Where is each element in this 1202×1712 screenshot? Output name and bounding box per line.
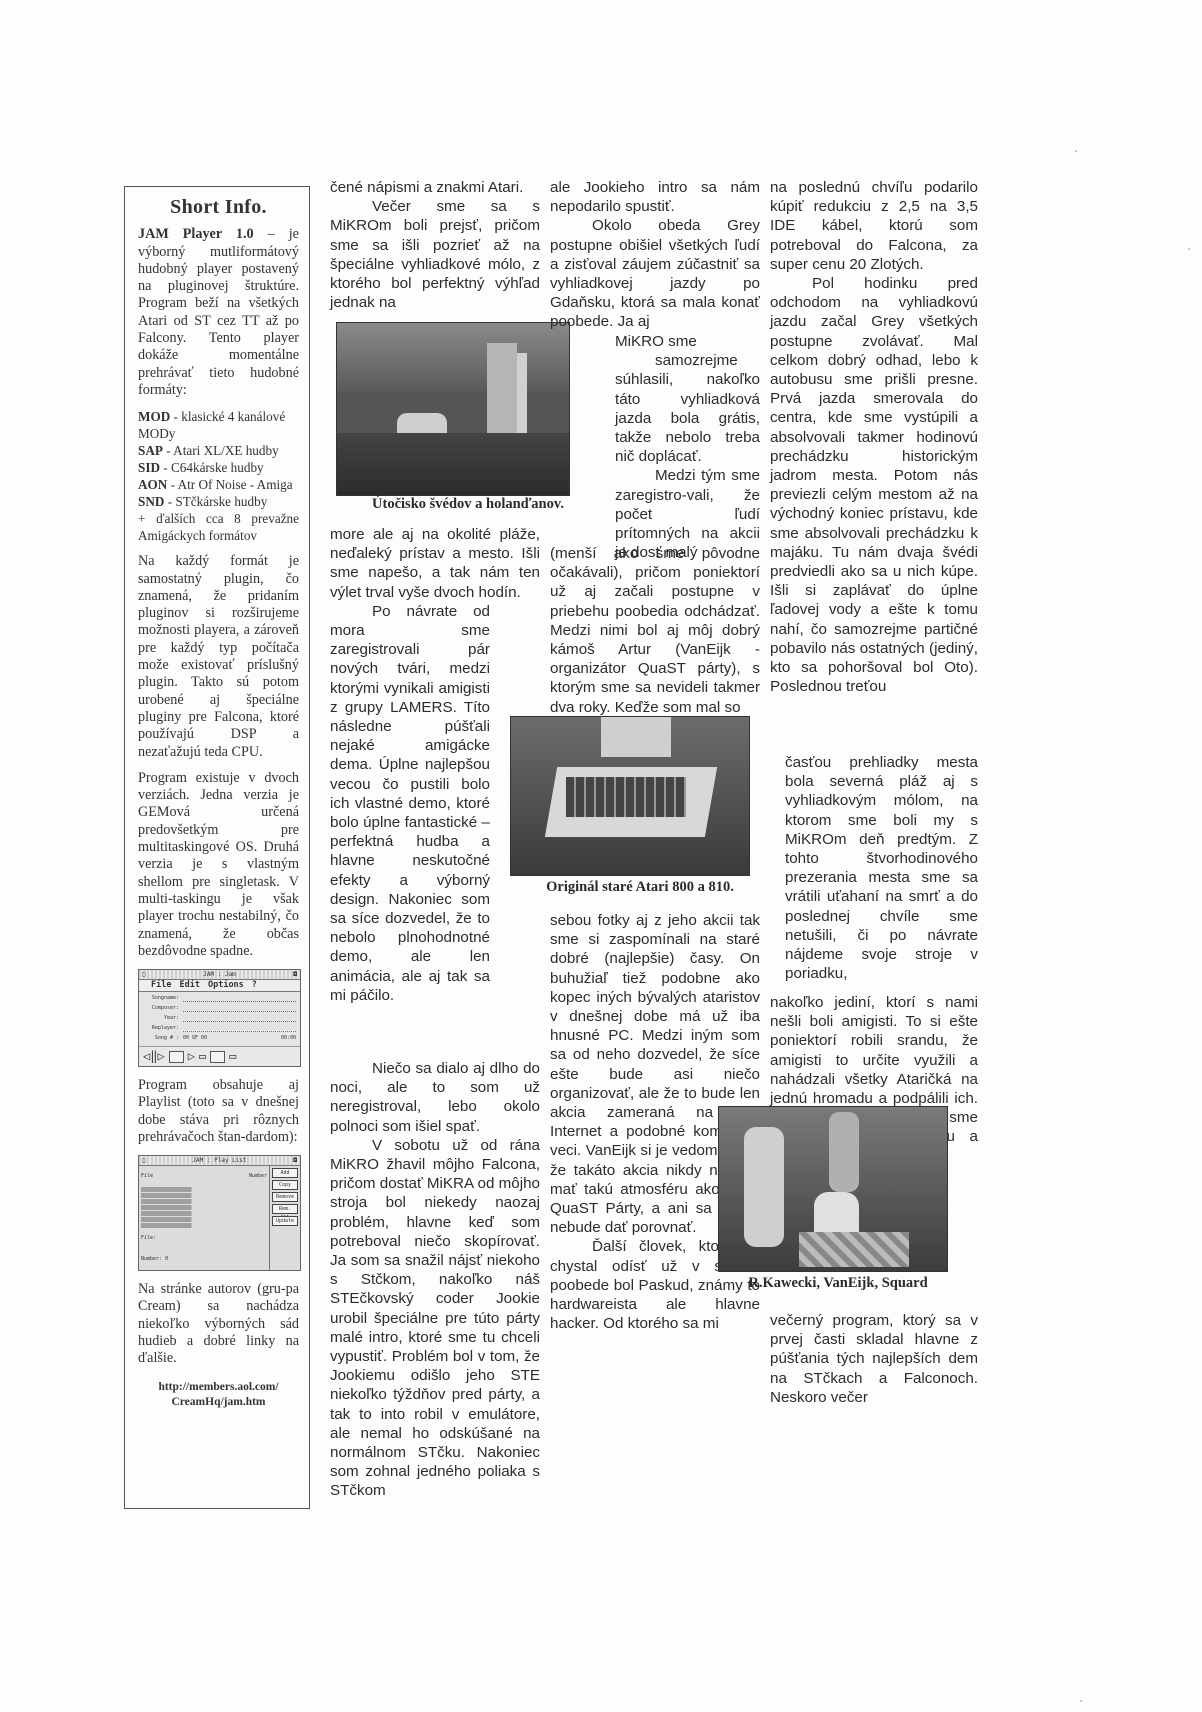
- col2-wrap-1: MiKRO sme: [615, 332, 760, 351]
- jam-fields: Songname: Composer: Year: Replayer: Song…: [139, 992, 300, 1046]
- format-item: SAP - Atari XL/XE hudby: [138, 442, 299, 459]
- remove-button-shot: Remove: [272, 1192, 298, 1202]
- col1-p3: Niečo sa dialo aj dlho do noci, ale to s…: [330, 1059, 540, 1136]
- author-url[interactable]: http://members.aol.com/ CreamHq/jam.htm: [138, 1380, 299, 1410]
- photo-swedes-dutch: [336, 322, 570, 496]
- article-column-3: na poslednú chvíľu podarilo kúpiť redukc…: [770, 178, 978, 696]
- playlist-icon: ▭: [229, 1048, 236, 1065]
- col3-p2: Pol hodinku pred odchodom na vyhliadkovú…: [770, 274, 978, 696]
- para-playlist: Program obsahuje aj Playlist (toto sa v …: [138, 1077, 299, 1146]
- product-name: JAM Player 1.0: [138, 226, 254, 242]
- resize-box-icon: ◘: [293, 966, 297, 983]
- disk-icon: [210, 1051, 225, 1063]
- scan-speck: [1188, 248, 1190, 250]
- photo-caption: R.Kawecki, VanEijk, Squard: [718, 1275, 958, 1292]
- col3-p1: na poslednú chvíľu podarilo kúpiť redukc…: [770, 178, 978, 274]
- photo-caption: Originál staré Atari 800 a 810.: [510, 879, 770, 896]
- copy-button-shot: Copy: [272, 1180, 298, 1190]
- col2-wrap-2: samozrejme súhlasili, nakoľko táto vyhli…: [615, 351, 760, 466]
- scan-speck: [1080, 1700, 1082, 1702]
- rewind-icon: ◁‖▷: [143, 1048, 165, 1065]
- jam-player-screenshot: □ JAM : Jam ◘ File Edit Options ? Songna…: [138, 969, 301, 1067]
- col3-p2-wrap: časťou prehliadky mesta bola severná plá…: [785, 753, 978, 983]
- article-column-1-lower: Niečo sa dialo aj dlho do noci, ale to s…: [330, 1059, 540, 1501]
- format-item: SND - STčkárske hudby: [138, 493, 299, 510]
- play-icon: ▷: [188, 1048, 195, 1065]
- format-item: SID - C64kárske hudby: [138, 459, 299, 476]
- photo-caption: Útočisko švédov a holanďanov.: [336, 496, 600, 513]
- format-item: MOD - klasické 4 kanálové MODy: [138, 408, 299, 442]
- col2-p1: ale Jookieho intro sa nám nepodarilo spu…: [550, 178, 760, 216]
- article-column-3-wrap: časťou prehliadky mesta bola severná plá…: [785, 753, 978, 983]
- stop-icon: [169, 1051, 184, 1063]
- col1-p1: Večer sme sa s MiKROm boli prejsť, pričo…: [330, 197, 540, 312]
- remove-all-button-shot: Rem. All: [272, 1204, 298, 1214]
- para-plugins: Na každý formát je samostatný plugin, čo…: [138, 553, 299, 761]
- update-button-shot: Update: [272, 1216, 298, 1226]
- col1-p2: Po návrate od mora sme zaregistrovali pá…: [330, 602, 490, 1005]
- article-column-2-wrap: MiKRO sme samozrejme súhlasili, nakoľko …: [615, 332, 760, 562]
- article-column-2: ale Jookieho intro sa nám nepodarilo spu…: [550, 178, 760, 332]
- format-more: + ďalších cca 8 prevažne Amigáckych form…: [138, 510, 299, 544]
- col2-p2: Okolo obeda Grey postupne obišiel všetký…: [550, 216, 760, 331]
- folder-icon: ▭: [199, 1048, 206, 1065]
- sidebar-intro: JAM Player 1.0 – je výborný mutliformáto…: [138, 226, 299, 399]
- photo-kawecki-vaneijk-squard: [718, 1106, 948, 1272]
- col2-p3: (menší ako sme pôvodne očakávali), pričo…: [550, 544, 760, 717]
- jam-transport-controls: ◁‖▷ ▷ ▭ ▭: [139, 1046, 300, 1066]
- article-column-2-mid: (menší ako sme pôvodne očakávali), pričo…: [550, 544, 760, 717]
- close-box-icon: □: [142, 966, 146, 983]
- article-column-3-lower: večerný program, ktorý sa v prvej časti …: [770, 1311, 978, 1407]
- add-button-shot: Add: [272, 1168, 298, 1178]
- col1-p4: V sobotu už od rána MiKRO žhavil môjho F…: [330, 1136, 540, 1501]
- col1-top: čené nápismi a znakmi Atari.: [330, 178, 540, 197]
- photo-atari-800: [510, 716, 750, 876]
- short-info-sidebar: Short Info. JAM Player 1.0 – je výborný …: [124, 186, 310, 1509]
- para-versions: Program existuje v dvoch verziách. Jedna…: [138, 770, 299, 960]
- col3-p4: večerný program, ktorý sa v prvej časti …: [770, 1311, 978, 1407]
- article-column-1: čené nápismi a znakmi Atari. Večer sme s…: [330, 178, 540, 312]
- article-column-1-cont: more ale aj na okolité pláže, neďaleký p…: [330, 525, 540, 1005]
- playlist-files: FileNumber File: Number: 0: [139, 1166, 270, 1270]
- playlist-screenshot: □ JAM : Play List ◘ FileNumber File: Num…: [138, 1155, 301, 1271]
- format-item: AON - Atr Of Noise - Amiga: [138, 476, 299, 493]
- col1-p1b: more ale aj na okolité pláže, neďaleký p…: [330, 525, 540, 602]
- para-authors: Na stránke autorov (gru-pa Cream) sa nac…: [138, 1281, 299, 1367]
- format-list: MOD - klasické 4 kanálové MODy SAP - Ata…: [138, 408, 299, 544]
- scan-speck: [1075, 150, 1077, 152]
- sidebar-title: Short Info.: [138, 199, 299, 216]
